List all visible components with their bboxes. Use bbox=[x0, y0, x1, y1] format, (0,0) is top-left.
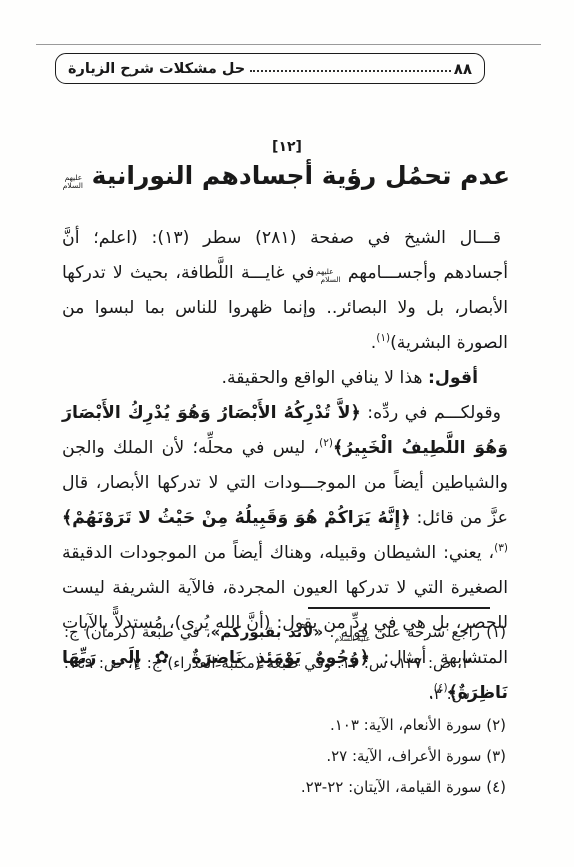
dotted-leader bbox=[250, 60, 450, 72]
page-header: ٨٨ حل مشكلات شرح الزيارة bbox=[55, 53, 485, 84]
footnote-separator bbox=[308, 607, 490, 609]
paragraph-aqul: أقول: هذا لا ينافي الواقع والحقيقة. bbox=[62, 361, 508, 396]
book-title: حل مشكلات شرح الزيارة bbox=[68, 61, 245, 77]
footnote-1: (١) راجع شرحه على قوله عليه السلام: «لآئ… bbox=[64, 617, 506, 710]
chapter-title-text: عدم تحمُل رؤية أجسادهم النورانية bbox=[92, 161, 510, 190]
paragraph-quote-sheikh: قـــال الشيخ في صفحة (٢٨١) سطر (١٣): (اع… bbox=[62, 221, 508, 361]
footnote-3: (٣) سورة الأعراف، الآية: ٢٧. bbox=[64, 741, 506, 772]
footnote-2: (٢) سورة الأنعام، الآية: ١٠٣. bbox=[64, 710, 506, 741]
honorific-mark: عليهم السلام bbox=[64, 174, 83, 190]
chapter-title: عدم تحمُل رؤية أجسادهم النورانية عليهم ا… bbox=[0, 161, 574, 190]
footnote-4: (٤) سورة القيامة، الآيتان: ٢٢-٢٣. bbox=[64, 772, 506, 803]
footnotes: (١) راجع شرحه على قوله عليه السلام: «لآئ… bbox=[64, 617, 506, 803]
book-page: ٨٨ حل مشكلات شرح الزيارة [١٢] عدم تحمُل … bbox=[0, 0, 574, 867]
chapter-number: [١٢] bbox=[0, 139, 574, 155]
top-rule bbox=[36, 44, 541, 45]
page-number: ٨٨ bbox=[454, 60, 472, 78]
